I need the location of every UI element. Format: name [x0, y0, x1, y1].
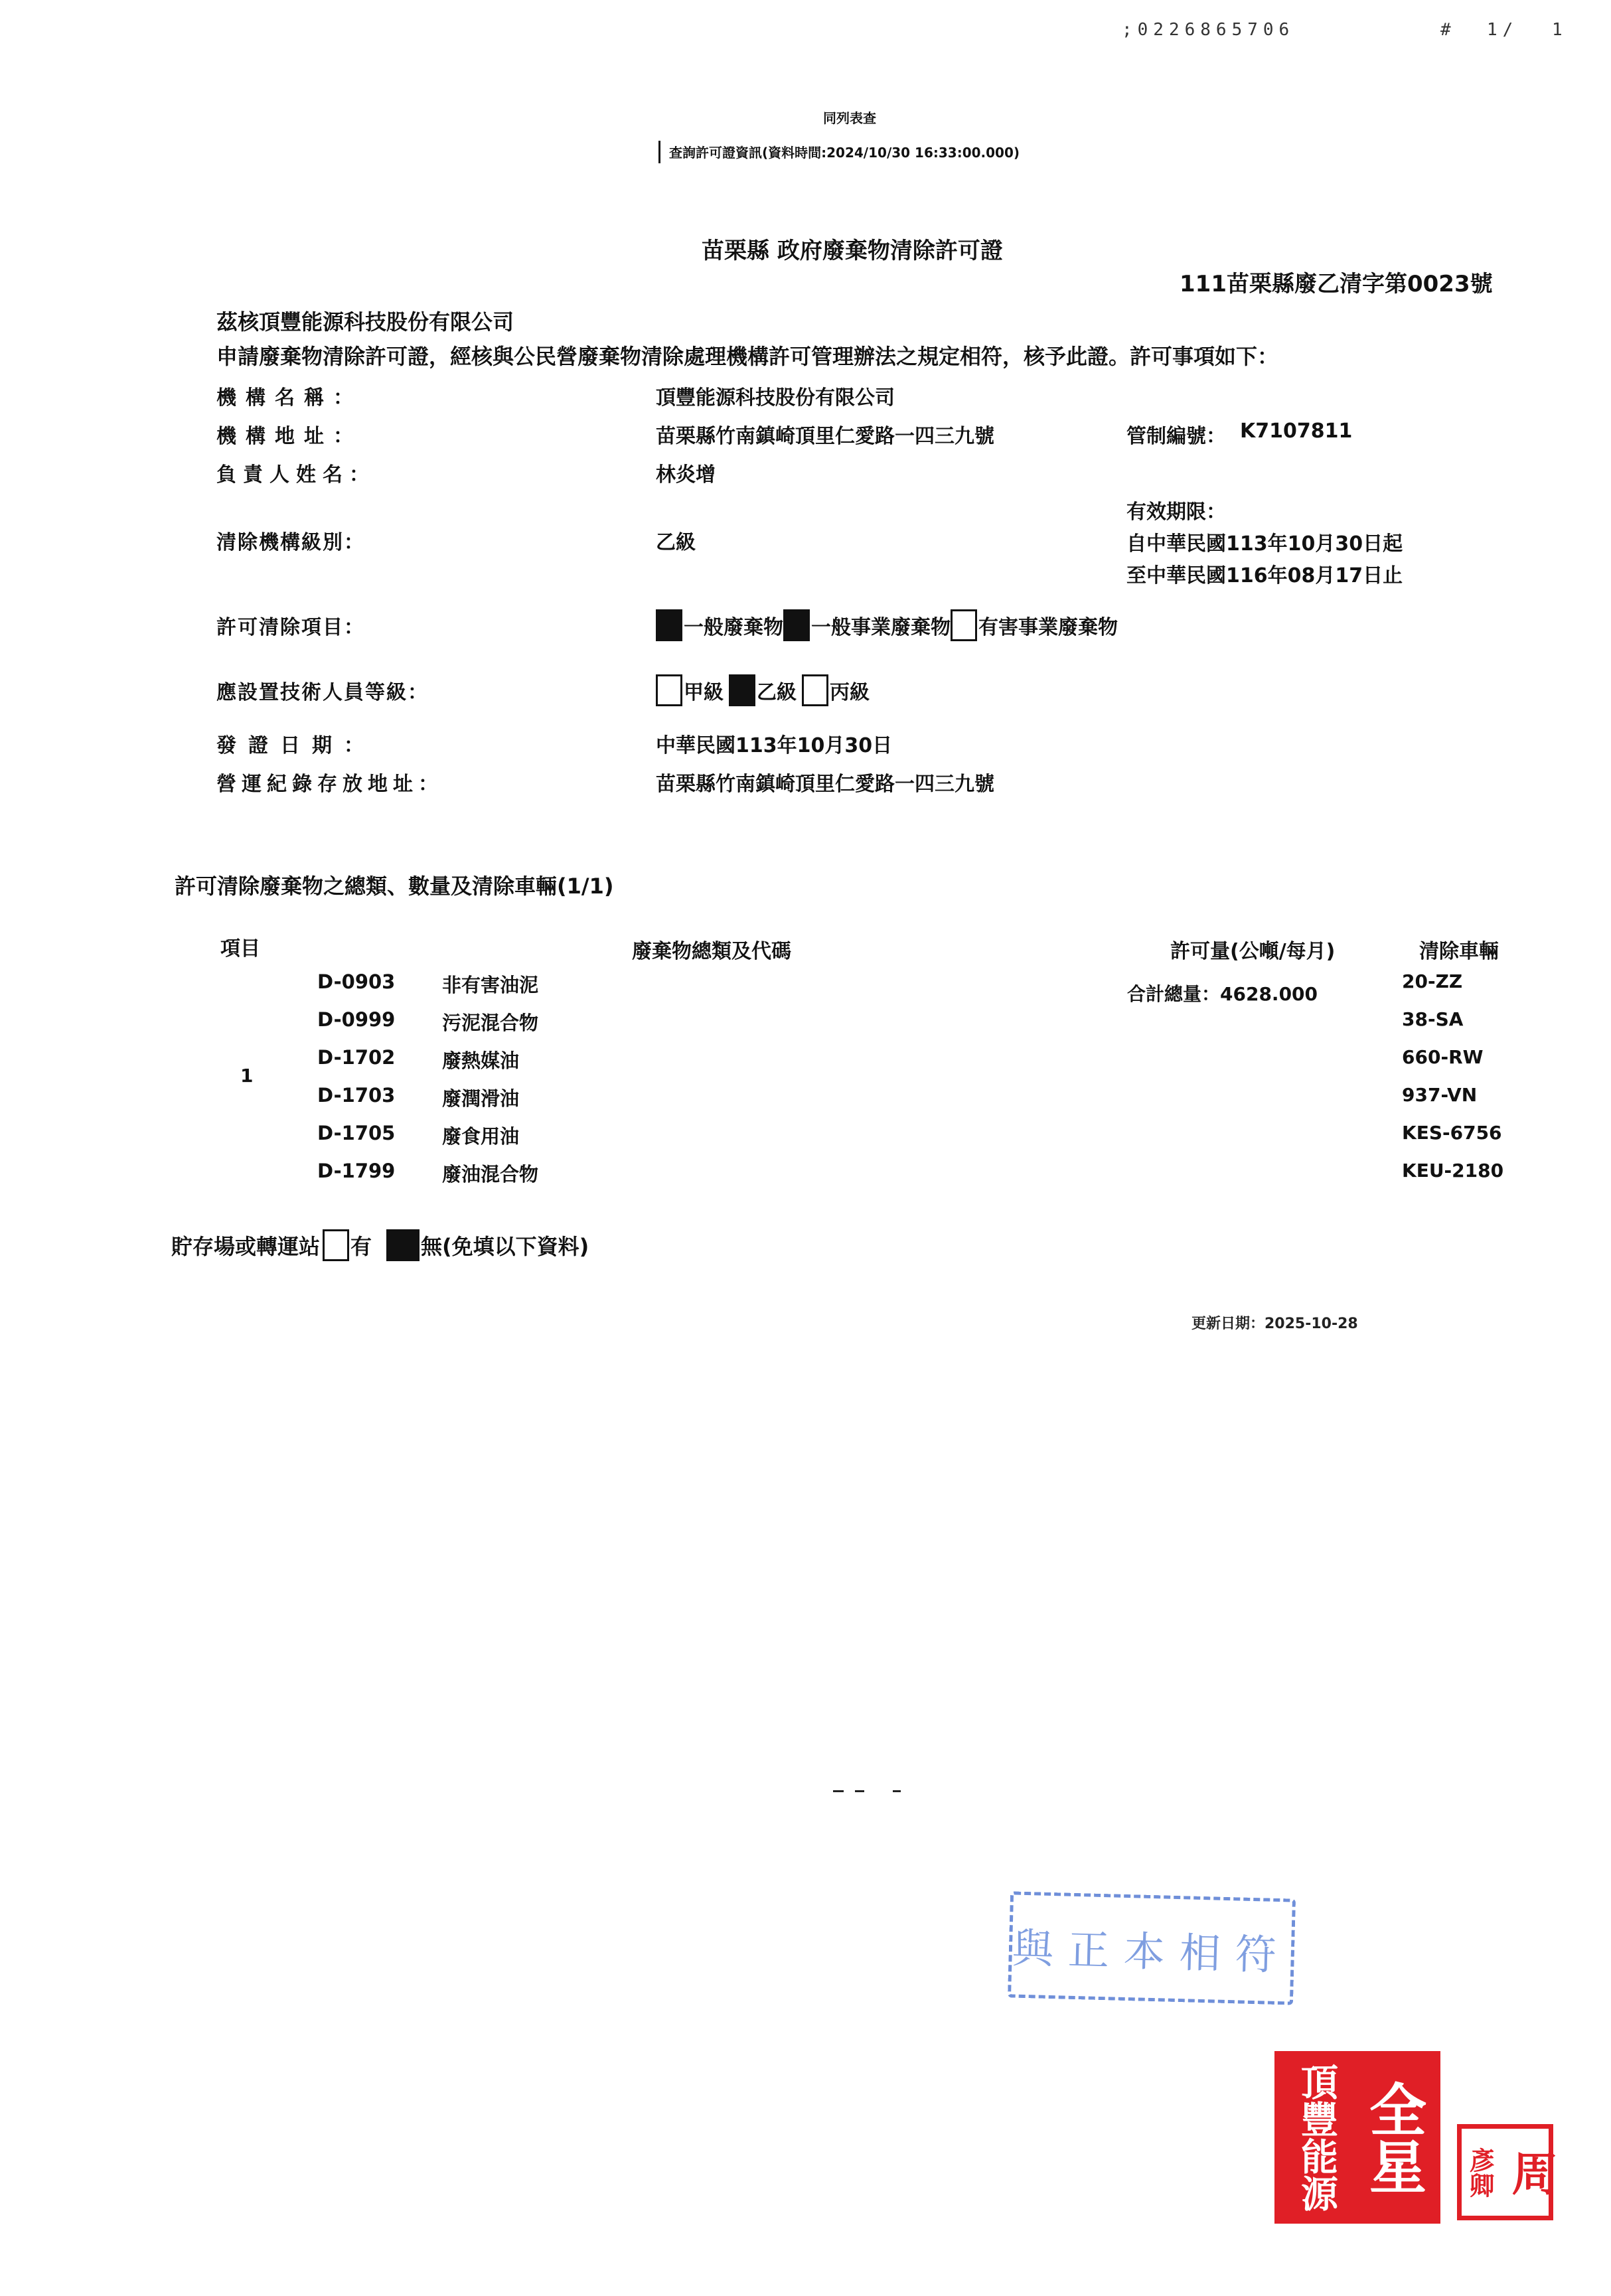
page-total: 1	[1552, 20, 1568, 40]
level-label: 清除機構級別：	[216, 526, 365, 555]
tech-staff-levels: 甲級 乙級 丙級	[656, 674, 870, 706]
waste-name: 污泥混合物	[442, 1008, 538, 1035]
waste-name: 非有害油泥	[442, 970, 538, 998]
col-header-quantity: 許可量(公噸/每月)	[1170, 935, 1335, 964]
org-address: 苗栗縣竹南鎮崎頂里仁愛路一四三九號	[656, 420, 994, 449]
certified-copy-text: 與正本相符	[1012, 1915, 1292, 1981]
vehicle-plate: 20-ZZ	[1402, 970, 1462, 992]
item-hazardous-industrial-waste-label: 有害事業廢棄物	[978, 611, 1118, 640]
storage-yes-label: 有	[350, 1230, 372, 1261]
waste-table-title: 許可清除廢棄物之總類、數量及清除車輛(1/1)	[175, 870, 613, 900]
validity-label: 有效期限：	[1126, 495, 1226, 524]
validity-to: 至中華民國116年08月17日止	[1126, 559, 1403, 588]
permitted-items-label: 許可清除項目：	[216, 611, 365, 640]
org-address-label: 機構地址：	[216, 420, 362, 449]
waste-name: 廢食用油	[442, 1122, 519, 1149]
query-header-timestamp: 查詢許可證資訊(資料時間:2024/10/30 16:33:00.000)	[669, 142, 1020, 161]
waste-code: D-1703	[317, 1084, 395, 1107]
item-general-industrial-waste-label: 一般事業廢棄物	[811, 611, 951, 640]
waste-code: D-0903	[317, 970, 395, 993]
owner-name: 林炎增	[656, 458, 716, 487]
checkbox-hazardous-industrial-waste[interactable]	[951, 609, 977, 641]
page-symbol: #	[1440, 20, 1456, 40]
level-c-label: 丙級	[830, 676, 870, 705]
certified-copy-stamp: 與正本相符	[1008, 1891, 1296, 2005]
checkbox-general-industrial-waste[interactable]	[783, 609, 810, 641]
storage-row: 貯存場或轉運站 有 無(免填以下資料)	[171, 1229, 589, 1261]
vehicle-plate: 937-VN	[1402, 1084, 1477, 1106]
row-marker: 1	[240, 1065, 253, 1087]
waste-name: 廢油混合物	[442, 1160, 538, 1187]
scan-mark	[893, 1790, 901, 1792]
issue-date-label: 發證日期：	[216, 729, 376, 758]
level-b-label: 乙級	[757, 676, 797, 705]
checkbox-level-b[interactable]	[729, 674, 755, 706]
total-quantity: 合計總量：4628.000	[1127, 980, 1318, 1006]
permitted-items: 一般廢棄物 一般事業廢棄物 有害事業廢棄物	[656, 609, 1118, 641]
permit-number: 111苗栗縣廢乙清字第0023號	[1180, 266, 1493, 298]
checkbox-storage-yes[interactable]	[323, 1229, 349, 1261]
preamble: 申請廢棄物清除許可證，經核與公民營廢棄物清除處理機構許可管理辦法之規定相符，核予…	[216, 340, 1278, 370]
company-seal-left-text: 頂豐能源	[1281, 2058, 1351, 2217]
waste-name: 廢潤滑油	[442, 1084, 519, 1111]
storage-no-label: 無(免填以下資料)	[421, 1230, 589, 1261]
vehicle-plate: KES-6756	[1402, 1122, 1502, 1144]
checkbox-storage-no[interactable]	[386, 1229, 420, 1261]
storage-label: 貯存場或轉運站	[171, 1230, 320, 1261]
vehicle-plate: 660-RW	[1402, 1046, 1484, 1068]
waste-code: D-1799	[317, 1160, 395, 1182]
issue-date: 中華民國113年10月30日	[656, 729, 892, 758]
update-date: 更新日期：2025-10-28	[1191, 1312, 1358, 1333]
vehicle-plate: KEU-2180	[1402, 1160, 1503, 1182]
control-number-label: 管制編號：	[1126, 420, 1226, 449]
level-a-label: 甲級	[684, 676, 724, 705]
personal-seal: 彥卿 周	[1457, 2124, 1553, 2220]
records-address-label: 營運紀錄存放地址：	[216, 767, 443, 797]
fax-number: ;0226865706	[1122, 20, 1294, 40]
vehicle-plate: 38-SA	[1402, 1008, 1463, 1030]
addressee: 茲核頂豐能源科技股份有限公司	[216, 305, 514, 336]
validity-from: 自中華民國113年10月30日起	[1126, 527, 1403, 556]
scan-mark	[833, 1790, 844, 1792]
scan-mark	[855, 1790, 864, 1792]
document-title: 苗栗縣 政府廢棄物清除許可證	[702, 232, 1003, 265]
query-header-title: 同列表查	[823, 108, 876, 127]
col-header-category: 廢棄物總類及代碼	[632, 935, 791, 964]
checkbox-general-waste[interactable]	[656, 609, 682, 641]
waste-code: D-1702	[317, 1046, 395, 1069]
col-header-item: 項目	[220, 932, 260, 961]
page-current: 1/	[1487, 20, 1518, 40]
waste-name: 廢熱媒油	[442, 1046, 519, 1073]
control-number: K7107811	[1240, 420, 1352, 443]
personal-seal-right-text: 周	[1498, 2149, 1565, 2196]
company-seal-right-text: 全星	[1351, 2058, 1434, 2217]
company-seal: 頂豐能源 全星	[1274, 2051, 1440, 2224]
waste-code: D-1705	[317, 1122, 395, 1144]
owner-label: 負責人姓名：	[216, 458, 376, 487]
personal-seal-left-text: 彥卿	[1462, 2147, 1498, 2198]
col-header-vehicles: 清除車輛	[1419, 935, 1499, 964]
checkbox-level-a[interactable]	[656, 674, 682, 706]
level-value: 乙級	[656, 526, 696, 555]
org-name: 頂豐能源科技股份有限公司	[656, 381, 895, 410]
item-general-waste-label: 一般廢棄物	[684, 611, 783, 640]
org-name-label: 機構名稱：	[216, 381, 362, 410]
tech-staff-level-label: 應設置技術人員等級：	[216, 676, 429, 705]
waste-code: D-0999	[317, 1008, 395, 1031]
checkbox-level-c[interactable]	[802, 674, 828, 706]
records-address: 苗栗縣竹南鎮崎頂里仁愛路一四三九號	[656, 767, 994, 797]
query-header-bar	[658, 141, 660, 163]
